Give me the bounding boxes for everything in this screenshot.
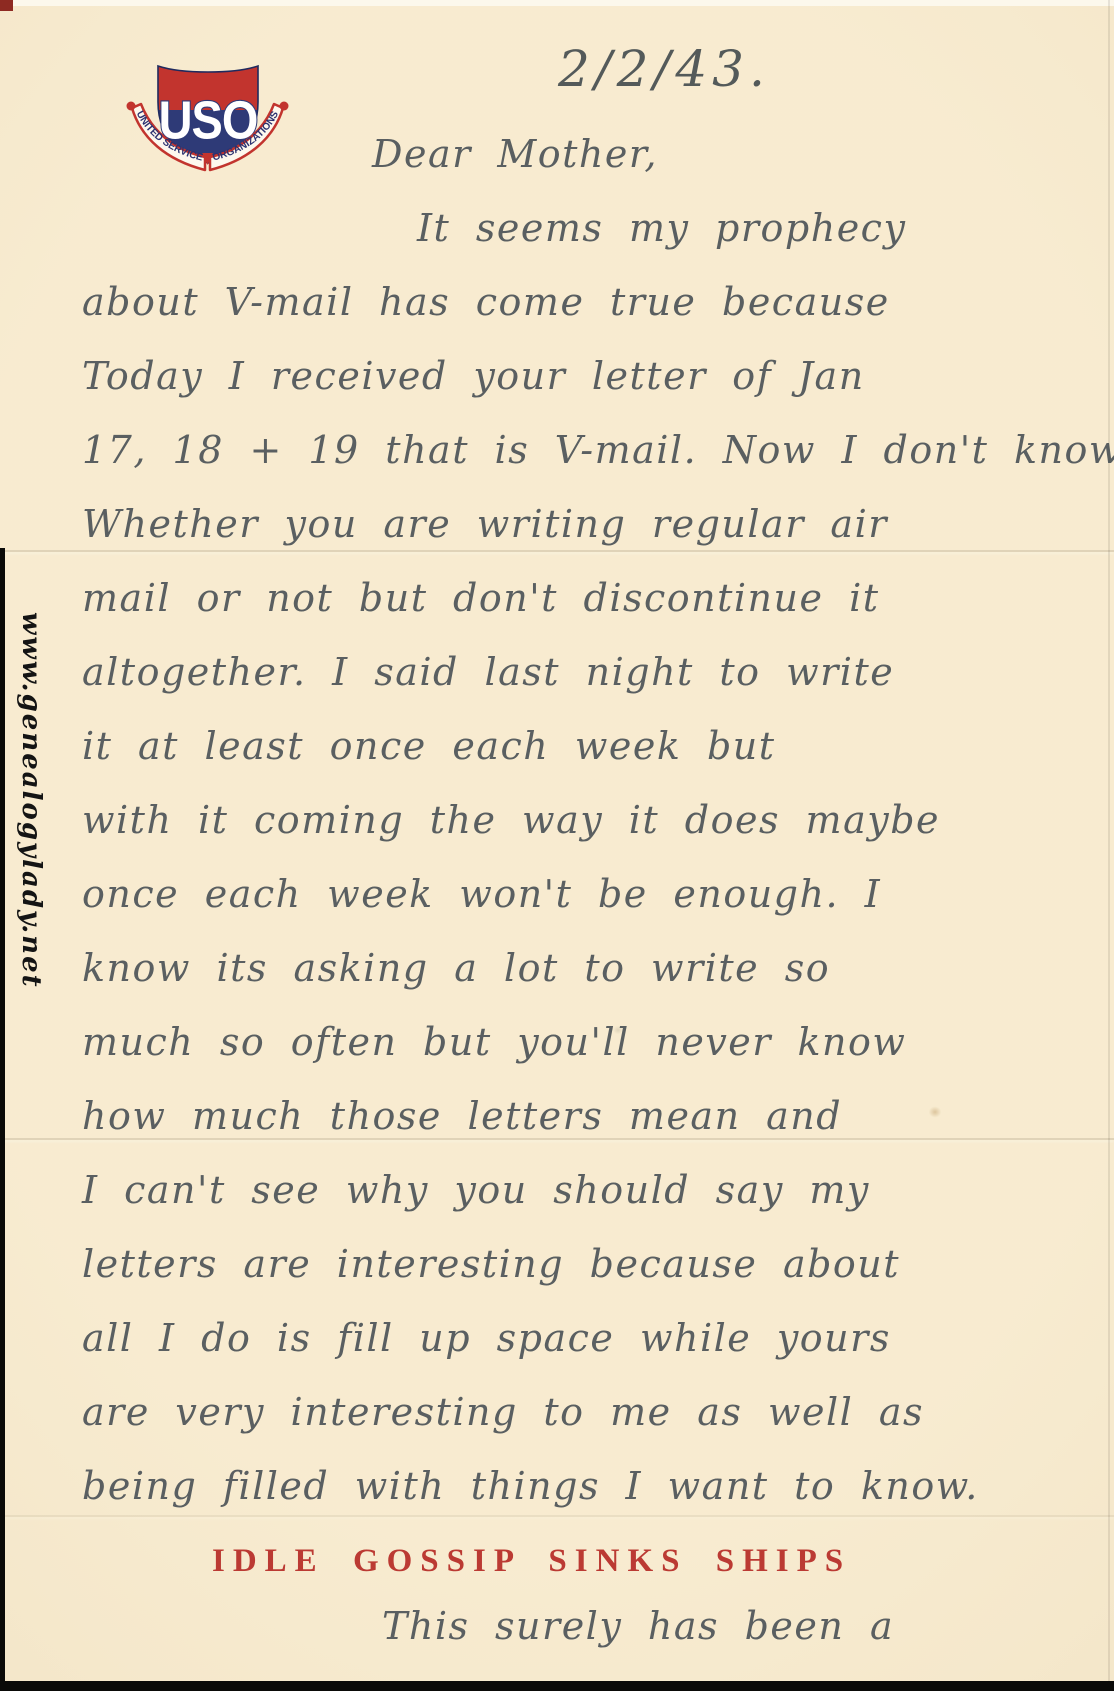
letter-date: 2/2/43. xyxy=(558,40,770,98)
letter-line: with it coming the way it does maybe xyxy=(82,798,1096,872)
letter-line: once each week won't be enough. I xyxy=(82,872,1096,946)
letter-body: Dear Mother,It seems my prophecyabout V-… xyxy=(82,132,1096,1678)
letter-line: know its asking a lot to write so xyxy=(82,946,1096,1020)
letter-line: Whether you are writing regular air xyxy=(82,502,1096,576)
letter-line: how much those letters mean and xyxy=(82,1094,1096,1168)
letter-line: 17, 18 + 19 that is V-mail. Now I don't … xyxy=(82,428,1096,502)
letter-line: much so often but you'll never know xyxy=(82,1020,1096,1094)
scan-edge-top xyxy=(13,0,1114,6)
scan-edge-right xyxy=(1108,0,1110,1681)
letter-line: altogether. I said last night to write xyxy=(82,650,1096,724)
letter-line: being filled with things I want to know. xyxy=(82,1464,1096,1538)
scan-edge-left xyxy=(0,548,5,1691)
letter-line: letters are interesting because about xyxy=(82,1242,1096,1316)
letter-line: It seems my prophecy xyxy=(82,206,1096,280)
letter-line: This surely has been a xyxy=(82,1604,1096,1678)
scan-edge-bottom xyxy=(0,1681,1114,1691)
letter-line: are very interesting to me as well as xyxy=(82,1390,1096,1464)
letter-line: Dear Mother, xyxy=(82,132,1096,206)
letter-line: I can't see why you should say my xyxy=(82,1168,1096,1242)
letter-line: all I do is fill up space while yours xyxy=(82,1316,1096,1390)
scanned-letter: USO UNITED SERVICE ORGANIZATIONS 2/2/43.… xyxy=(0,0,1114,1691)
stationery-slogan: IDLE GOSSIP SINKS SHIPS xyxy=(212,1543,808,1580)
scan-corner-mark xyxy=(0,0,13,11)
letter-line: Today I received your letter of Jan xyxy=(82,354,1096,428)
watermark-text: www.genealogylady.net xyxy=(16,612,46,992)
letter-line: about V-mail has come true because xyxy=(82,280,1096,354)
letter-line: mail or not but don't discontinue it xyxy=(82,576,1096,650)
letter-line: it at least once each week but xyxy=(82,724,1096,798)
